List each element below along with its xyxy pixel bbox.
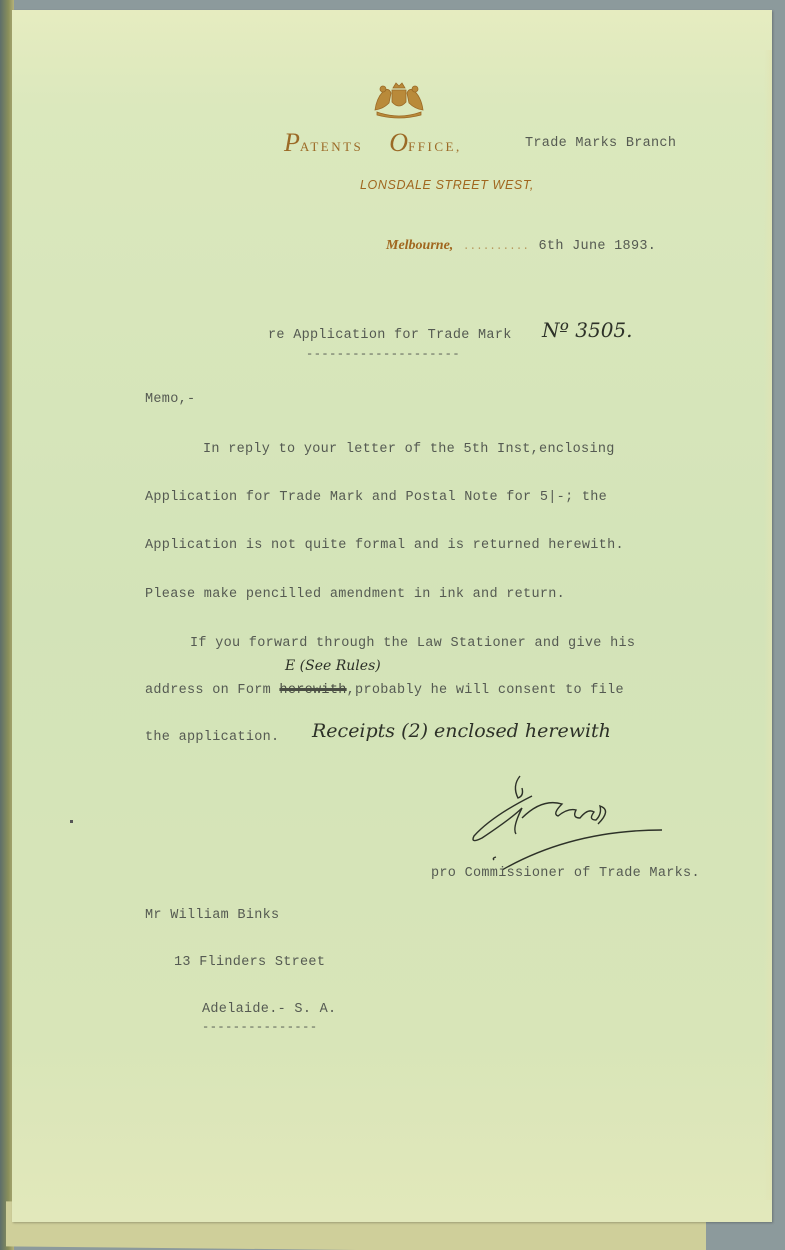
coat-of-arms-icon <box>369 80 429 120</box>
body-line-1: In reply to your letter of the 5th Inst,… <box>203 442 615 457</box>
body-line-2: Application for Trade Mark and Postal No… <box>145 490 607 505</box>
ink-dot <box>70 820 73 823</box>
office-initial-p: P <box>284 128 300 157</box>
signature-icon <box>472 770 672 880</box>
struck-word: herewith <box>279 683 346 698</box>
letter-page: PATENTS OFFICE, Trade Marks Branch LONSD… <box>12 10 772 1222</box>
addressee-underline: --------------- <box>202 1020 318 1034</box>
branch-name: Trade Marks Branch <box>525 136 676 151</box>
office-heading: PATENTS OFFICE, <box>284 128 462 158</box>
line6-suffix: ,probably he will consent to file <box>347 683 624 698</box>
line6-prefix: address on Form <box>145 683 279 698</box>
handwritten-insert-form-e: E (See Rules) <box>285 658 381 674</box>
subject-line: re Application for Trade Mark <box>268 328 512 343</box>
body-line-7: the application. <box>145 730 279 745</box>
street-address: LONSDALE STREET WEST, <box>360 178 534 192</box>
office-word-patents: ATENTS <box>300 139 363 154</box>
addressee-city: Adelaide.- S. A. <box>202 1002 336 1017</box>
place-date-line: Melbourne, .......... 6th June 1893. <box>386 236 656 254</box>
addressee-street: 13 Flinders Street <box>174 955 325 970</box>
letter-date: 6th June 1893. <box>539 239 657 254</box>
signatory-title: pro Commissioner of Trade Marks. <box>431 866 700 881</box>
handwritten-receipts-note: Receipts (2) enclosed herewith <box>312 720 611 742</box>
application-number: Nº 3505. <box>542 318 633 342</box>
body-line-5: If you forward through the Law Stationer… <box>190 636 635 651</box>
addressee-name: Mr William Binks <box>145 908 279 923</box>
body-line-4: Please make pencilled amendment in ink a… <box>145 587 565 602</box>
city-dots: .......... <box>463 241 529 253</box>
salutation: Memo,- <box>145 392 195 407</box>
city-name: Melbourne, <box>386 238 453 253</box>
body-line-6: address on Form herewith,probably he wil… <box>145 683 624 698</box>
office-initial-o: O <box>389 128 408 157</box>
body-line-3: Application is not quite formal and is r… <box>145 538 624 553</box>
subject-underline: -------------------- <box>306 347 460 361</box>
office-word-office: FFICE, <box>408 139 462 154</box>
